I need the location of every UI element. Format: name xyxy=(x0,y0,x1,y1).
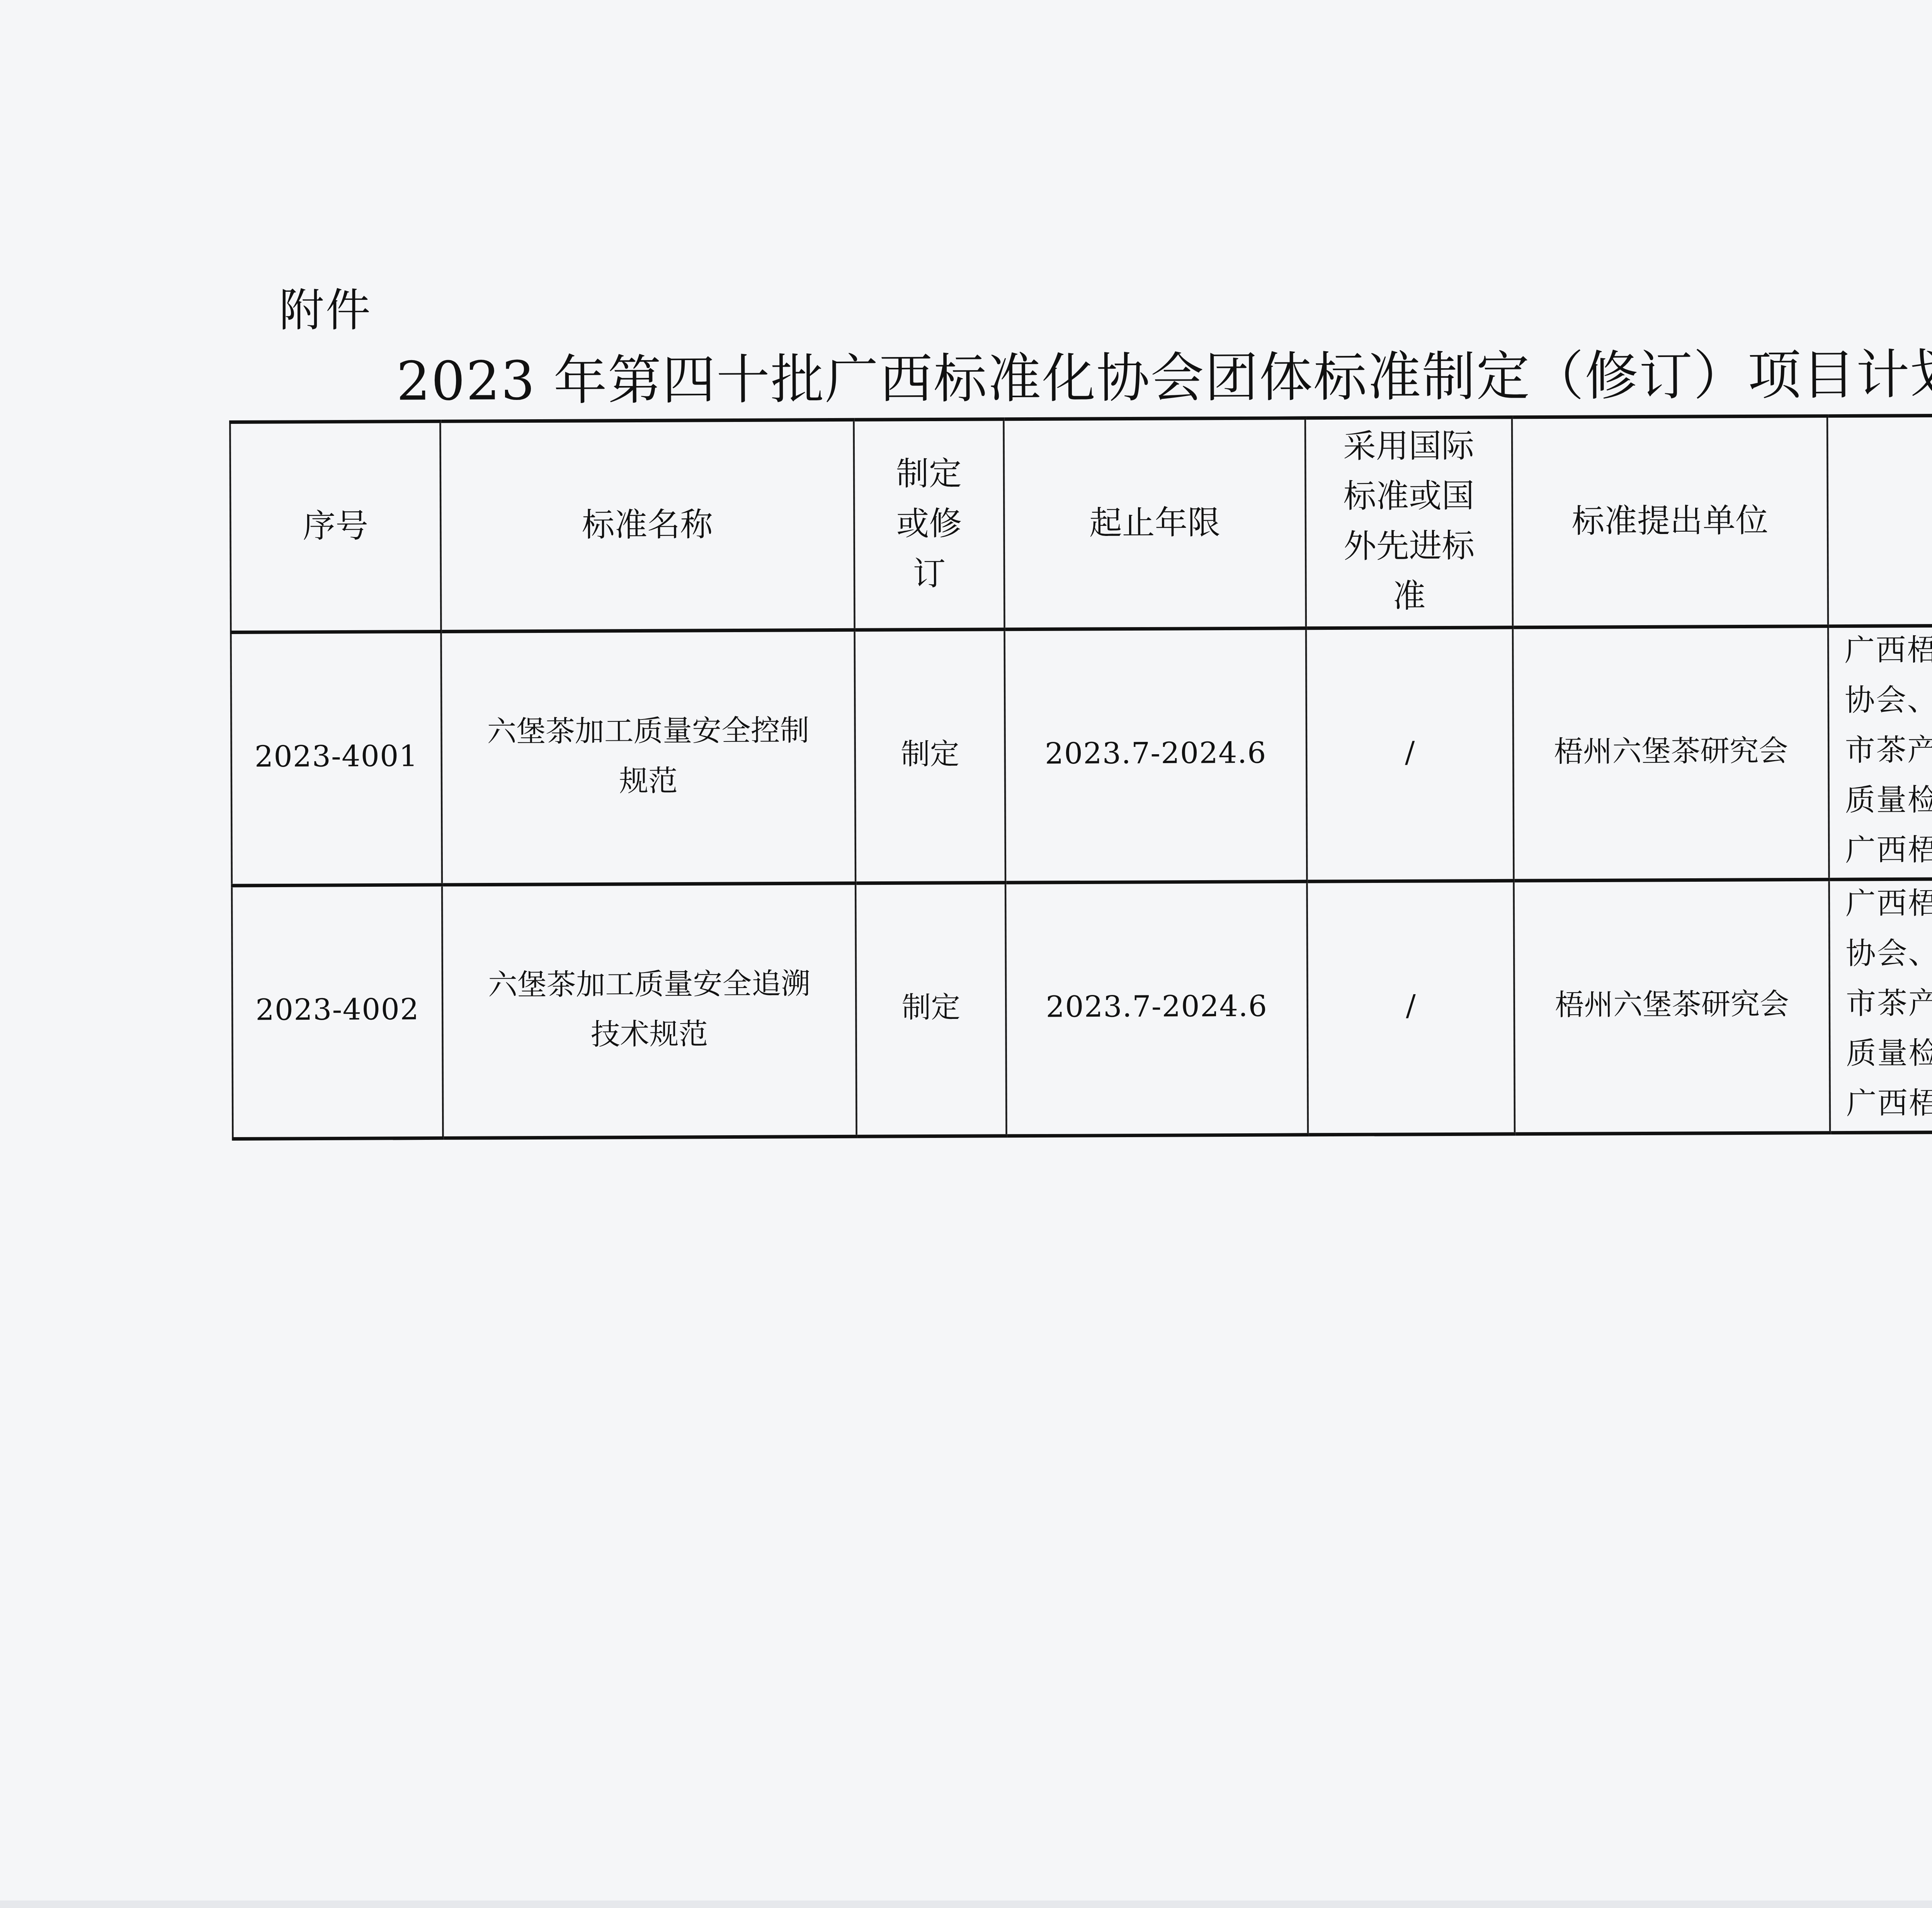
standard-name-line: 六堡茶加工质量安全控制 xyxy=(487,714,809,749)
header-number: 序号 xyxy=(230,421,441,632)
plan-table-container: 序号 标准名称 制定 或修 订 起止年限 采用国际 标准或国 外先进标 准 标准… xyxy=(229,412,1932,1141)
header-adopt-line: 采用国际 xyxy=(1343,423,1474,473)
header-standard-name: 标准名称 xyxy=(440,420,854,631)
header-type-line: 制定 xyxy=(896,449,962,500)
cell-number: 2023-4001 xyxy=(231,631,442,886)
header-adopted-standard: 采用国际 标准或国 外先进标 准 xyxy=(1305,417,1513,628)
table-row: 2023-4002 六堡茶加工质量安全追溯 技术规范 制定 2023.7-202… xyxy=(232,877,1932,1139)
cell-standard-name: 六堡茶加工质量安全控制 规范 xyxy=(441,630,855,885)
cell-drafters: 广西梧州茶厂有限公司、广西标准化 协会、梧州市农业科学研究所、梧州 市茶产业发展… xyxy=(1829,877,1932,1133)
page-title: 2023 年第四十批广西标准化协会团体标准制定（修订）项目计划汇总表 xyxy=(396,330,1932,415)
cell-type: 制定 xyxy=(855,629,1005,883)
drafter-line: 质量检验所、梧州中茶茶业有限公司、 xyxy=(1846,1036,1932,1072)
drafter-line: 广西梧州六堡茶股份有限公司 xyxy=(1846,1087,1932,1122)
header-adopt-line: 标准或国 xyxy=(1343,473,1474,523)
drafter-line: 市茶产业发展服务中心、梧州市产品 xyxy=(1845,733,1932,769)
plan-summary-table: 序号 标准名称 制定 或修 订 起止年限 采用国际 标准或国 外先进标 准 标准… xyxy=(229,412,1932,1141)
page-bottom-edge xyxy=(0,1900,1932,1908)
table-header-row: 序号 标准名称 制定 或修 订 起止年限 采用国际 标准或国 外先进标 准 标准… xyxy=(230,414,1932,633)
standard-name-line: 六堡茶加工质量安全追溯 xyxy=(488,967,810,1003)
cell-drafters: 广西梧州茶厂有限公司、广西标准化 协会、梧州市农业科学研究所、梧州 市茶产业发展… xyxy=(1828,624,1932,879)
cell-period: 2023.7-2024.6 xyxy=(1005,628,1307,883)
cell-number: 2023-4002 xyxy=(232,885,443,1139)
drafter-line: 广西梧州茶厂有限公司、广西标准化 xyxy=(1845,633,1932,669)
table-row: 2023-4001 六堡茶加工质量安全控制 规范 制定 2023.7-2024.… xyxy=(231,624,1932,886)
header-type-line: 或修 xyxy=(896,500,962,550)
header-type: 制定 或修 订 xyxy=(854,419,1005,630)
document-page: 附件 2023 年第四十批广西标准化协会团体标准制定（修订）项目计划汇总表 序号… xyxy=(0,0,1932,1908)
drafter-line: 广西梧州茶厂有限公司、广西标准化 xyxy=(1845,886,1932,922)
attachment-label: 附件 xyxy=(279,275,372,339)
header-drafters: 标准起草单位 xyxy=(1827,414,1932,626)
header-adopt-line: 外先进标 xyxy=(1344,522,1475,573)
drafter-line: 质量检验所、梧州中茶茶业有限公司、 xyxy=(1845,782,1932,819)
standard-name-line: 技术规范 xyxy=(591,1017,708,1052)
header-proposer: 标准提出单位 xyxy=(1512,416,1828,627)
cell-standard-name: 六堡茶加工质量安全追溯 技术规范 xyxy=(442,883,857,1138)
cell-type: 制定 xyxy=(855,883,1006,1136)
cell-proposer: 梧州六堡茶研究会 xyxy=(1514,879,1830,1134)
cell-proposer: 梧州六堡茶研究会 xyxy=(1513,626,1829,881)
drafter-line: 协会、梧州市农业科学研究所、梧州 xyxy=(1846,936,1932,973)
drafter-line: 协会、梧州市农业科学研究所、梧州 xyxy=(1845,683,1932,719)
header-adopt-line: 准 xyxy=(1393,573,1425,623)
drafter-line: 广西梧州六堡茶股份有限公司 xyxy=(1845,833,1932,869)
cell-adopted-standard: / xyxy=(1307,881,1515,1135)
cell-period: 2023.7-2024.6 xyxy=(1005,881,1308,1136)
cell-adopted-standard: / xyxy=(1306,627,1514,882)
standard-name-line: 规范 xyxy=(619,764,678,799)
drafter-line: 市茶产业发展服务中心、梧州市产品 xyxy=(1846,986,1932,1022)
header-type-line: 订 xyxy=(913,549,946,600)
header-period: 起止年限 xyxy=(1003,418,1306,629)
